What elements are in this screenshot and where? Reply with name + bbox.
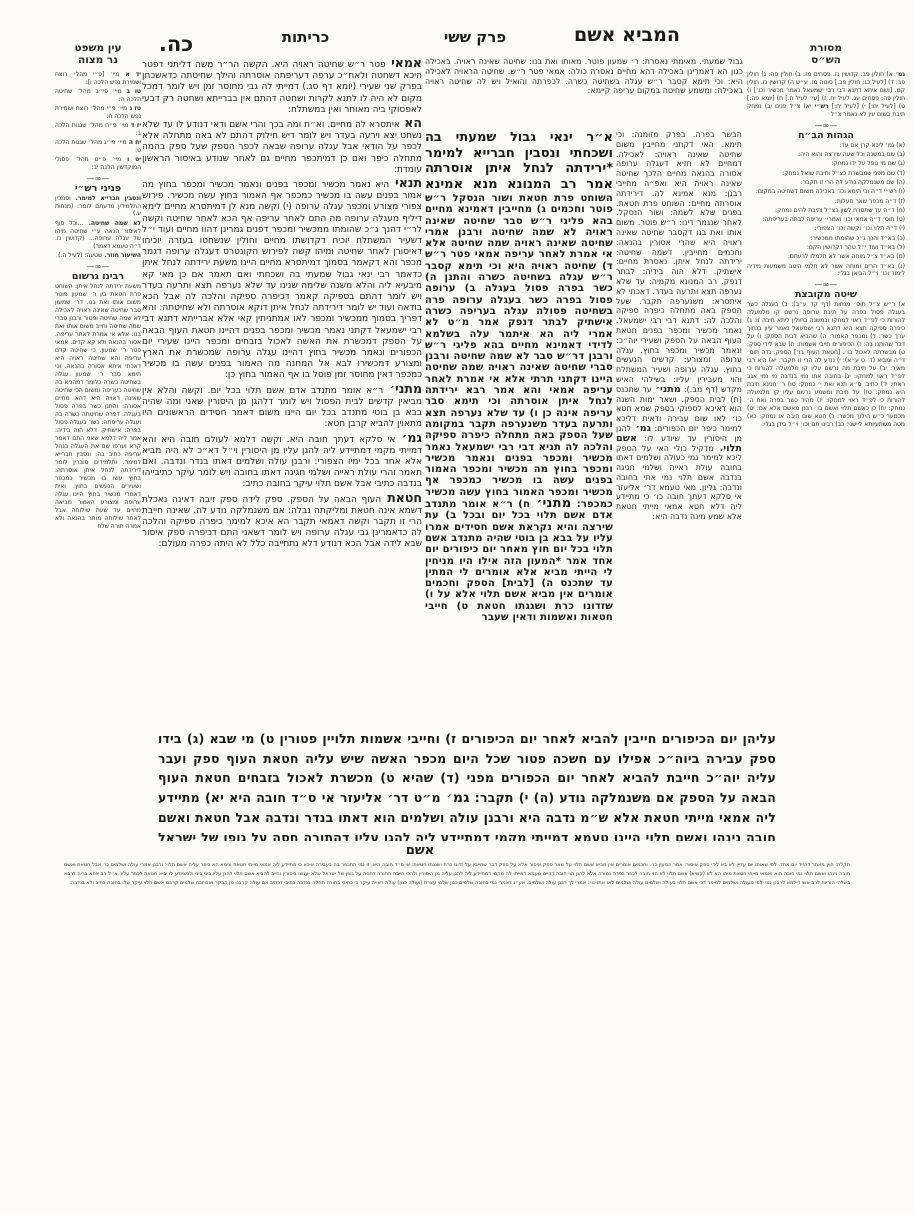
daf-number: כה. <box>146 32 206 56</box>
left-margin-column: עין משפט נר מצוה יד א מיי׳ [פ״י מהל׳ רוצ… <box>55 42 141 862</box>
mesoret-hashas-title-line2: הש״ס <box>747 54 905 66</box>
pninei-rashi-title: פניני רש״י <box>55 185 141 193</box>
divider-ornament: —∞— <box>747 121 905 130</box>
page-title-masechet: כריתות <box>258 28 353 46</box>
rabbeinu-gershom-text: משעת ירידתה לנחל איתן: השוחט פרת חטאת בי… <box>55 283 141 531</box>
footnotes-fine-print: תקלה: חוץ מאחר דהזיד יום אחד. לפי שאותו … <box>64 861 850 897</box>
hagahot-habach-entries: (א) גמ׳ ליכא קרן אם עד:(ב) שם במשנה וכל … <box>747 142 905 278</box>
mesoret-hashas-title-line1: מסורת <box>747 42 905 54</box>
gemara-main: השוחט פרת חטאת ושור הנסקל ר״ש פוטר וחכמי… <box>425 193 613 726</box>
ein-mishpat-entries: יד א מיי׳ [פ״י מהל׳ רוצח ושמירת נפש הלכה… <box>55 71 141 172</box>
divider-ornament: —∞— <box>747 280 905 289</box>
rashi-top-wide: גבול שמעתי. מאימתי נאסרת: ר׳ שמעון פוטר.… <box>425 57 743 127</box>
rashi-column: הבשר בפרה. בפרק מזומנה: וכי תימא. האי דק… <box>616 130 742 727</box>
shita-mekubetzet-title: שיטה מקובצת <box>747 291 905 299</box>
pninei-rashi-entries: ונסבין חברייא למימר. וסמכין התלמידין מדע… <box>55 195 141 260</box>
page-title-chapter: המביא אשם <box>552 24 702 46</box>
divider-ornament: —∞— <box>55 262 141 271</box>
hagahot-habach-title: הגהות הב״ח <box>747 132 905 140</box>
gemara-bottom-wide: עליהן יום הכיפורים חייבין להביא לאחר יום… <box>158 729 776 841</box>
gemara-opening: א״ר ינאי גבול שמעתי בה ושכחתי ונסבין חבר… <box>425 130 613 192</box>
talmud-page: המביא אשם פרק ששי כריתות כה. עין משפט נר… <box>0 0 914 1213</box>
mesoret-hashas-text: גמ׳ א) חולין פב. קדושין נז. פסחים מז: ב)… <box>747 71 905 119</box>
ein-mishpat-title-line2: נר מצוה <box>55 54 141 66</box>
catchword: אשם <box>300 843 540 858</box>
rabbeinu-gershom-title: רבינו גרשום <box>55 273 141 281</box>
shita-mekubetzet-text: א) ר״ש צ״ל תוס׳ מנחות (דף קד ע״ב): ב) בע… <box>747 301 905 429</box>
divider-ornament: —∞— <box>55 174 141 183</box>
tosafot-column: אמאי פטר ר״ש שחיטה ראויה היא. הקשה הר״ר … <box>142 57 422 727</box>
ein-mishpat-title-line1: עין משפט <box>55 42 141 54</box>
page-title-perek: פרק ששי <box>420 28 530 46</box>
